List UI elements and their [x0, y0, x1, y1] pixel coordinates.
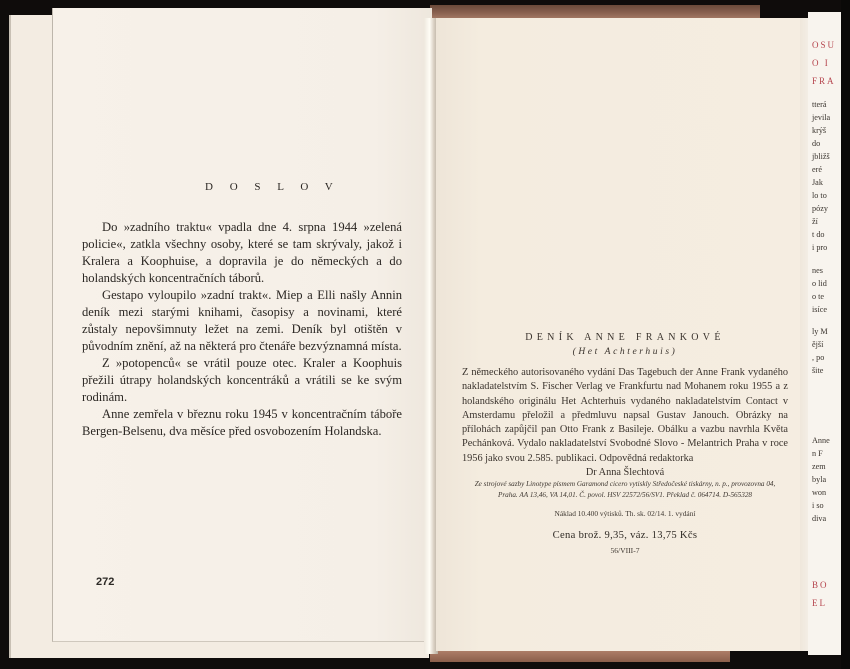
book-title: DENÍK ANNE FRANKOVÉ [460, 332, 790, 343]
peek-line: o lid [812, 279, 827, 288]
peek-line: tterá [812, 100, 827, 109]
peek-line: o te [812, 292, 824, 301]
peek-line: pózy [812, 204, 828, 213]
print-info-line: Praha. AA 13,46, VA 14,01. Č. povol. HSV… [462, 490, 788, 501]
paragraph: Do »zadního traktu« vpadla dne 4. srpna … [82, 219, 402, 287]
book-photo: D O S L O V Do »zadního traktu« vpadla d… [0, 0, 850, 669]
peek-line: nes [812, 266, 823, 275]
peek-line: isíce [812, 305, 827, 314]
book-cover-top-edge [430, 5, 760, 19]
paragraph: Anne zemřela v březnu roku 1945 v koncen… [82, 406, 402, 440]
peek-line: ější [812, 340, 823, 349]
peek-red-heading: FRA [812, 76, 836, 86]
paragraph: Gestapo vyloupilo »zadní trakt«. Miep a … [82, 287, 402, 355]
peek-red-heading: O I [812, 58, 830, 68]
peek-line: do [812, 139, 820, 148]
peek-line: i so [812, 501, 824, 510]
peek-red-heading: EL [812, 598, 827, 608]
peek-line: jevila [812, 113, 830, 122]
peek-line: šite [812, 366, 823, 375]
peek-line: byla [812, 475, 826, 484]
peek-line: Jak [812, 178, 823, 187]
edition-info: Náklad 10.400 výtisků. Th. sk. 02/14. 1.… [462, 509, 788, 518]
peek-red-heading: OSU [812, 40, 836, 50]
colophon-paragraph: Z německého autorisovaného vydání Das Ta… [462, 367, 788, 464]
peek-line: eré [812, 165, 822, 174]
peek-line: diva [812, 514, 826, 523]
peek-line: ly M [812, 327, 828, 336]
book-subtitle: (Het Achterhuis) [460, 347, 790, 357]
peek-line: ží [812, 217, 818, 226]
dark-edge [841, 0, 850, 669]
peek-line: t do [812, 230, 825, 239]
peek-line: n F [812, 449, 823, 458]
peek-red-heading: BO [812, 580, 829, 590]
peek-line: krýš [812, 126, 826, 135]
peek-line: i pro [812, 243, 827, 252]
catalog-code: 56/VIII-7 [462, 546, 788, 555]
colophon-text: Z německého autorisovaného vydání Das Ta… [462, 366, 788, 480]
afterword-heading: D O S L O V [205, 181, 340, 193]
peek-line: won [812, 488, 826, 497]
peek-line: zem [812, 462, 826, 471]
page-number: 272 [96, 576, 114, 588]
peek-line: Anne [812, 436, 830, 445]
price: Cena brož. 9,35, váz. 13,75 Kčs [462, 530, 788, 541]
print-info-line: Ze strojové sazby Linotype písmem Garamo… [462, 479, 788, 490]
paragraph: Z »potopenců« se vrátil pouze otec. Kral… [82, 355, 402, 406]
afterword-body: Do »zadního traktu« vpadla dne 4. srpna … [82, 219, 402, 440]
peek-line: , po [812, 353, 824, 362]
peek-line: lo to [812, 191, 827, 200]
right-page-edge [800, 18, 808, 651]
peek-line: jbližš [812, 152, 830, 161]
book-cover-bottom-edge [430, 650, 730, 662]
print-info: Ze strojové sazby Linotype písmem Garamo… [462, 479, 788, 501]
